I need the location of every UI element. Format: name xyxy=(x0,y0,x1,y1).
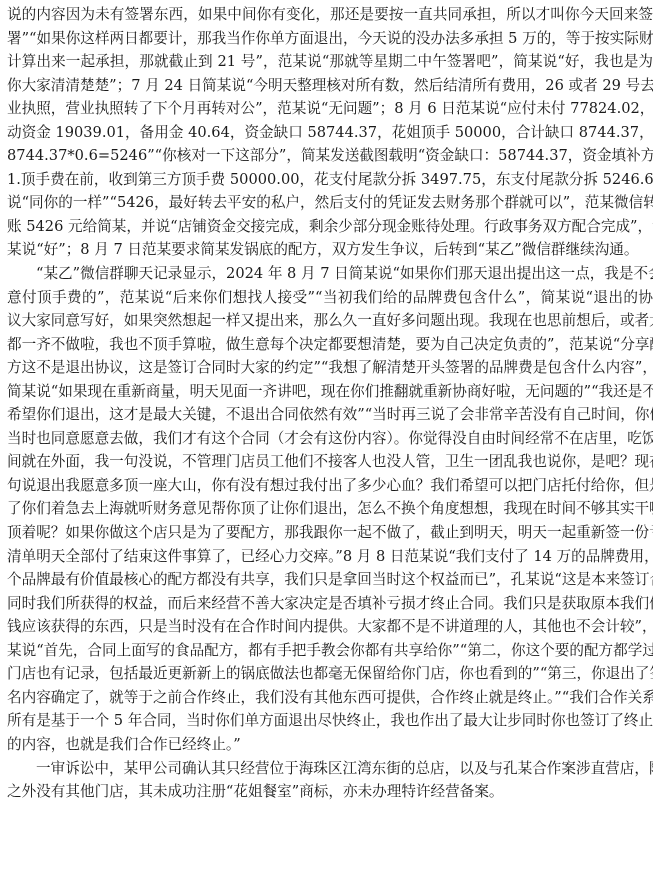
text-line: 某说“好”；8 月 7 日范某要求简某发锅底的配方，双方发生争议，后转到“某乙”… xyxy=(7,238,653,262)
text-line: 清单明天全部付了结束这件事算了，已经心力交瘁。”8 月 8 日范某说“我们支付了… xyxy=(7,545,653,569)
text-line: 方这不是退出协议，这是签订合同时大家的约定”“我想了解清楚开头签署的品牌费是包含… xyxy=(7,356,653,380)
text-line: “某乙”微信群聊天记录显示，2024 年 8 月 7 日简某说“如果你们那天退出… xyxy=(7,262,653,286)
text-line: 某说“首先，合同上面写的食品配方，都有手把手教会你都有共享给你”“第二，你这个要… xyxy=(7,639,653,663)
paragraph: “某乙”微信群聊天记录显示，2024 年 8 月 7 日简某说“如果你们那天退出… xyxy=(7,262,653,756)
text-line: 说的内容因为未有签署东西，如果中间你有变化，那还是要按一直共同承担，所以才叫你今… xyxy=(7,3,653,27)
text-line: 议大家同意写好，如果突然想起一样又提出来，那么久一直好多问题出现。我现在也思前想… xyxy=(7,309,653,333)
text-line: 名内容确定了，就等于之前合作终止，我们没有其他东西可提供，合作终止就是终止。”“… xyxy=(7,686,653,710)
text-line: 之外没有其他门店，其未成功注册“花姐餐室”商标，亦未办理特许经营备案。 xyxy=(7,780,653,804)
text-line: 1.顶手费在前，收到第三方顶手费 50000.00，花支付尾款分拆 3497.7… xyxy=(7,168,653,192)
text-line: 业执照，营业执照转了下个月再转对公”，范某说“无问题”；8 月 6 日范某说“应… xyxy=(7,97,653,121)
text-line: 你大家清清楚楚”；7 月 24 日简某说“今明天整理核对所有数，然后结清所有费用… xyxy=(7,74,653,98)
text-line: 意付顶手费的”，范某说“后来你们想找人接受”“当初我们给的品牌费包含什么”，简某… xyxy=(7,286,653,310)
text-line: 希望你们退出，这才是最大关键，不退出合同依然有效”“当时再三说了会非常辛苦没有自… xyxy=(7,403,653,427)
document-page: 说的内容因为未有签署东西，如果中间你有变化，那还是要按一直共同承担，所以才叫你今… xyxy=(7,3,653,804)
text-line: 个品牌最有价值最核心的配方都没有共享，我们只是拿回当时这个权益而已”，孔某说“这… xyxy=(7,568,653,592)
text-line: 同时我们所获得的权益，而后来经营不善大家决定是否填补亏损才终止合同。我们只是获取… xyxy=(7,592,653,616)
text-line: 所有是基于一个 5 年合同，当时你们单方面退出尽快终止，我也作出了最大让步同时你… xyxy=(7,709,653,733)
text-line: 句说退出我愿意多顶一座大山，你有没有想过我付出了多少心血？我们希望可以把门店托付… xyxy=(7,474,653,498)
text-line: 了你们着急去上海就听财务意见帮你顶了让你们退出，怎么不换个角度想想，我现在时间不… xyxy=(7,497,653,521)
text-line: 计算出来一起承担，那就截止到 21 号”，范某说“那就等星期二中午签署吧”，简某… xyxy=(7,50,653,74)
text-line: 简某说“如果现在重新商量，明天见面一齐讲吧，现在你们推翻就重新协商好啦，无问题的… xyxy=(7,380,653,404)
text-line: 8744.37*0.6=5246”“你核对一下这部分”，简某发送截图载明“资金缺… xyxy=(7,144,653,168)
text-line: 间就在外面，我一句没说，不管理门店员工他们不接客人也没人管，卫生一团乱我也说你，… xyxy=(7,450,653,474)
text-line: 顶着呢？如果你做这个店只是为了要配方，那我跟你一起不做了，截止到明天，明天一起重… xyxy=(7,521,653,545)
text-line: 钱应该获得的东西，只是当时没有在合作时间内提供。大家都不是不讲道理的人，其他也不… xyxy=(7,615,653,639)
text-line: 账 5426 元给简某，并说“店铺资金交接完成，剩余少部分现金账待处理。行政事务… xyxy=(7,215,653,239)
text-line: 都一齐不做啦，我也不顶手算啦，做生意每个决定都要想清楚，要为自己决定负责的”，范… xyxy=(7,333,653,357)
text-line: 的内容，也就是我们合作已经终止。” xyxy=(7,733,653,757)
text-line: 署”“如果你这样两日都要计，那我当作你单方面退出，今天说的没办法多承担 5 万的… xyxy=(7,27,653,51)
text-line: 一审诉讼中，某甲公司确认其只经营位于海珠区江湾东街的总店，以及与孔某合作案涉直营… xyxy=(7,757,653,781)
text-line: 动资金 19039.01，备用金 40.64，资金缺口 58744.37，花姐顶… xyxy=(7,121,653,145)
text-line: 门店也有记录，包括最近更新新上的锅底做法也都毫无保留给你门店，你也看到的”“第三… xyxy=(7,662,653,686)
text-line: 说“同你的一样”“5426，最好转去平安的私户，然后支付的凭证发去财务那个群就可… xyxy=(7,191,653,215)
paragraph: 一审诉讼中，某甲公司确认其只经营位于海珠区江湾东街的总店，以及与孔某合作案涉直营… xyxy=(7,757,653,804)
paragraph: 说的内容因为未有签署东西，如果中间你有变化，那还是要按一直共同承担，所以才叫你今… xyxy=(7,3,653,262)
text-line: 当时也同意愿意去做，我们才有这个合同（才会有这份内容）。你觉得没自由时间经常不在… xyxy=(7,427,653,451)
